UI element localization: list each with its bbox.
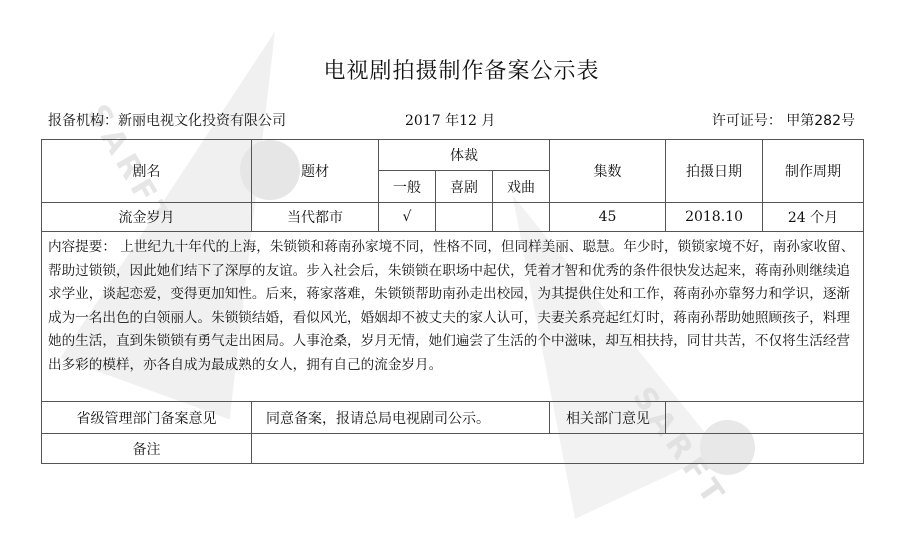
header-episodes: 集数: [550, 140, 666, 203]
cell-shoot-date: 2018.10: [666, 203, 763, 232]
filing-organization: 报备机构：新丽电视文化投资有限公司: [48, 110, 286, 130]
header-name: 剧名: [42, 140, 252, 203]
related-opinion-label: 相关部门意见: [550, 402, 666, 434]
header-genre-comedy: 喜剧: [436, 171, 493, 203]
document-title: 电视剧拍摄制作备案公示表: [0, 54, 923, 85]
remarks-label: 备注: [42, 434, 252, 464]
header-production-cycle: 制作周期: [763, 140, 864, 203]
header-subject: 题材: [252, 140, 379, 203]
header-genre-general: 一般: [379, 171, 436, 203]
related-opinion-value: [666, 402, 864, 434]
provincial-opinion-value: 同意备案，报请总局电视剧司公示。: [252, 402, 550, 434]
filing-table: 剧名 题材 体裁 集数 拍摄日期 制作周期 一般 喜剧 戏曲 流金岁月 当代都市…: [41, 139, 864, 464]
cell-genre-comedy-check: [436, 203, 493, 232]
cell-name: 流金岁月: [42, 203, 252, 232]
header-genre: 体裁: [379, 140, 550, 171]
cell-production-cycle: 24 个月: [763, 203, 864, 232]
header-shoot-date: 拍摄日期: [666, 140, 763, 203]
header-genre-opera: 戏曲: [493, 171, 550, 203]
license-number: 许可证号： 甲第282号: [712, 110, 855, 130]
cell-genre-opera-check: [493, 203, 550, 232]
synopsis: 内容提要： 上世纪九十年代的上海，朱锁锁和蒋南孙家境不同，性格不同，但同样美丽、…: [42, 232, 864, 402]
provincial-opinion-label: 省级管理部门备案意见: [42, 402, 252, 434]
remarks-value: [252, 434, 864, 464]
cell-episodes: 45: [550, 203, 666, 232]
cell-genre-general-check: √: [379, 203, 436, 232]
cell-subject: 当代都市: [252, 203, 379, 232]
filing-date: 2017 年12 月: [405, 110, 495, 130]
